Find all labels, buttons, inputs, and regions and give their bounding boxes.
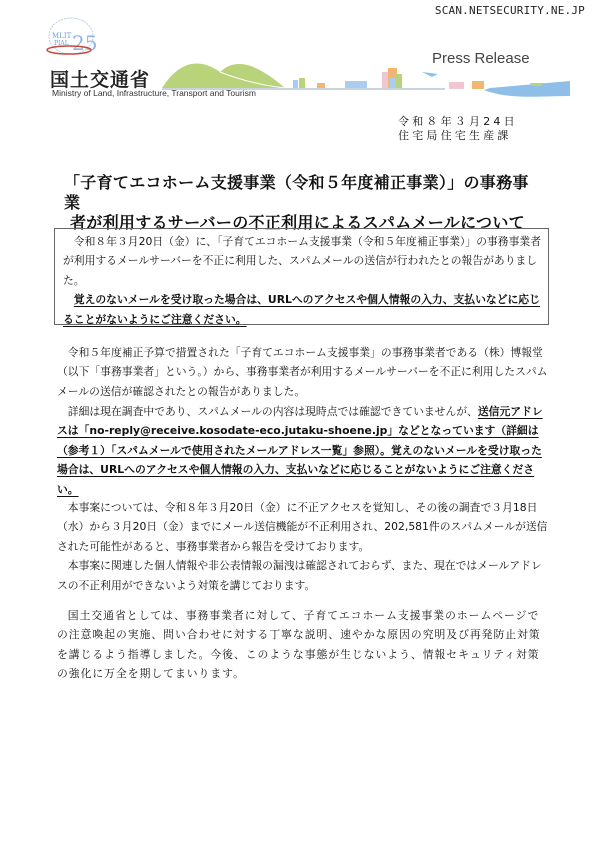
notice-text: 令和８年３月20日（金）に、「子育てエコホーム支援事業（令和５年度補正事業）」の… xyxy=(63,232,542,290)
paragraph-3: 本事案については、令和８年３月20日（金）に不正アクセスを覚知し、その後の調査で… xyxy=(57,498,549,556)
notice-box: 令和８年３月20日（金）に、「子育てエコホーム支援事業（令和５年度補正事業）」の… xyxy=(54,228,549,325)
issue-date: 令和８年３月24日 xyxy=(398,115,518,129)
department: 住宅局住宅生産課 xyxy=(398,129,518,143)
date-block: 令和８年３月24日 住宅局住宅生産課 xyxy=(398,115,518,143)
mlit-emblem-icon: MLIT PIAL 25 xyxy=(42,14,100,62)
notice-warning: 覚えのないメールを受け取った場合は、URLへのアクセスや個人情報の入力、支払いな… xyxy=(63,290,542,329)
paragraph-2-plain: 詳細は現在調査中であり、スパムメールの内容は現時点では確認できていませんが、 xyxy=(68,405,478,418)
press-release-label: Press Release xyxy=(432,50,530,67)
paragraph-4: 本事案に関連した個人情報や非公表情報の漏洩は確認されておらず、また、現在ではメー… xyxy=(57,556,549,595)
svg-text:25: 25 xyxy=(72,31,97,55)
incident-details: 本事案については、令和８年３月20日（金）に不正アクセスを覚知し、その後の調査で… xyxy=(57,498,549,595)
paragraph-1: 令和５年度補正予算で措置された「子育てエコホーム支援事業」の事務事業者である（株… xyxy=(57,343,549,401)
svg-text:MLIT: MLIT xyxy=(52,32,72,40)
page-title: 「子育てエコホーム支援事業（令和５年度補正事業）」の事務事業 者が利用するサーバ… xyxy=(64,173,544,233)
paragraph-2-warning: 送信元アドレスは「no-reply@receive.kosodate-eco.j… xyxy=(57,405,543,496)
watermark: SCAN.NETSECURITY.NE.JP xyxy=(435,4,585,17)
paragraph-5: 国土交通省としては、事務事業者に対して、子育てエコホーム支援事業のホームページで… xyxy=(57,606,549,684)
title-line-1: 「子育てエコホーム支援事業（令和５年度補正事業）」の事務事業 xyxy=(64,173,544,213)
paragraph-2: 詳細は現在調査中であり、スパムメールの内容は現時点では確認できていませんが、送信… xyxy=(57,402,549,499)
